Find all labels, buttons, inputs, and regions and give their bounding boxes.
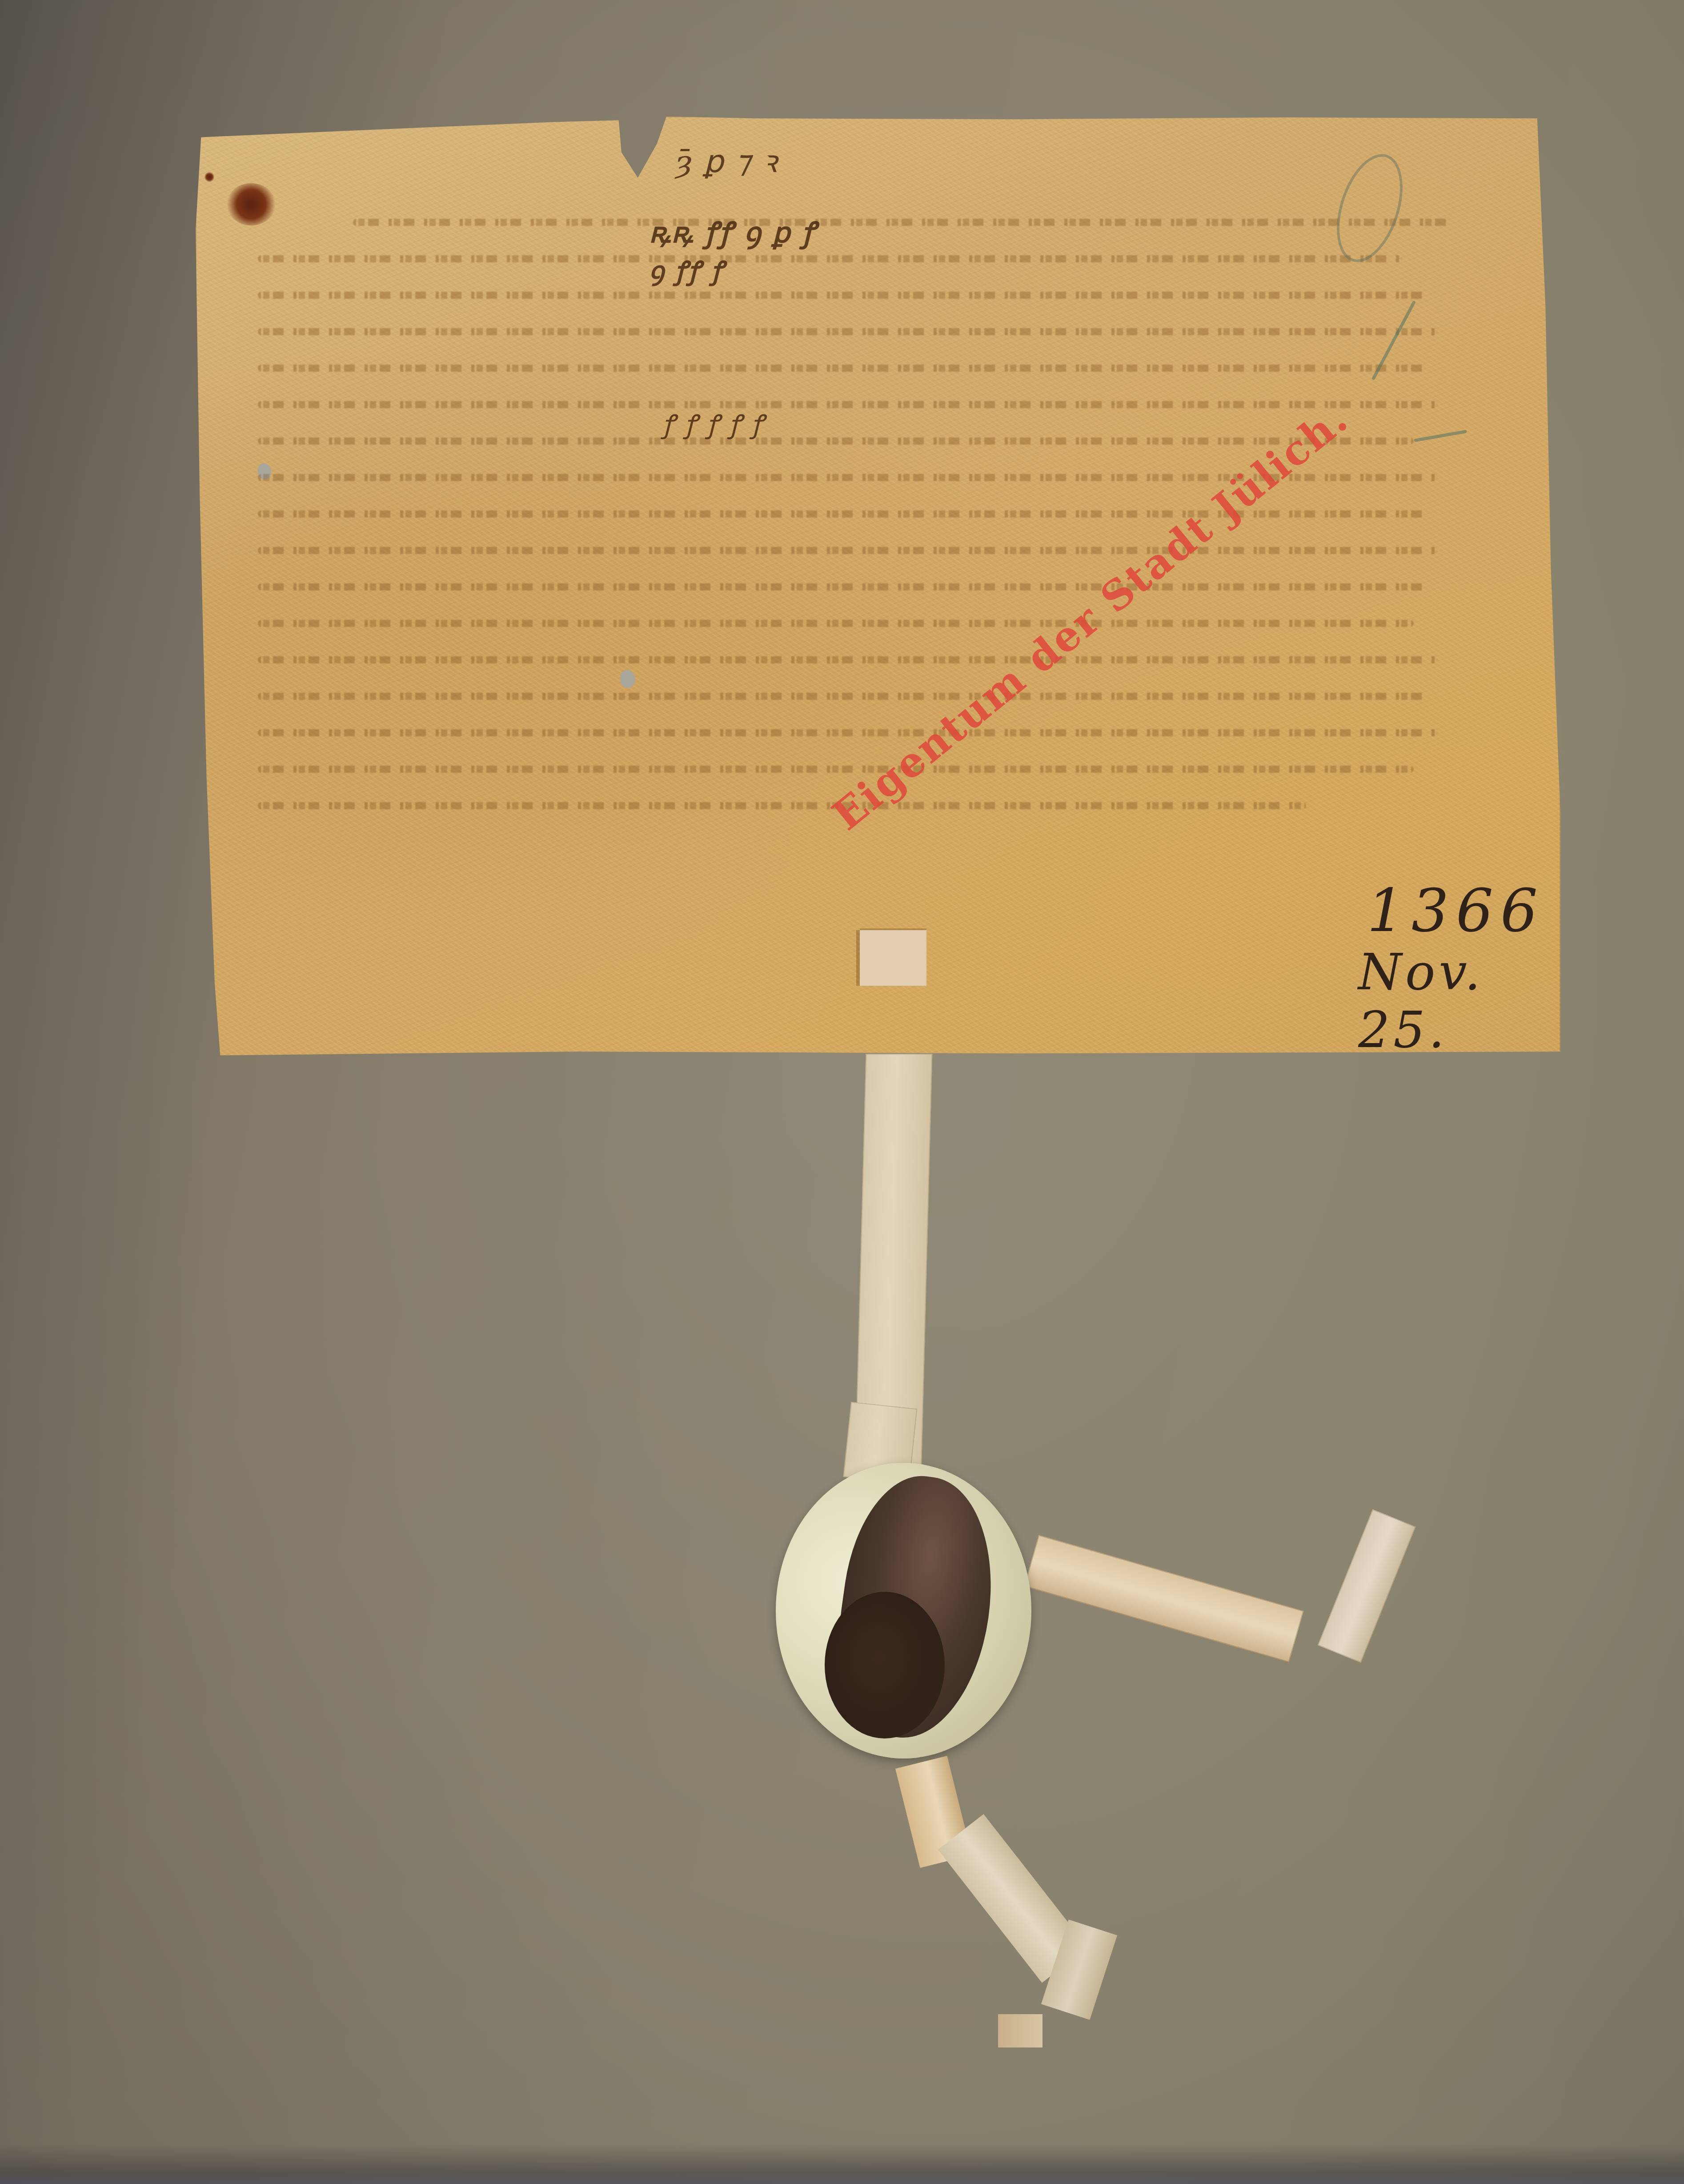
script-line <box>258 328 1437 335</box>
script-line <box>258 401 1437 408</box>
script-line <box>258 620 1414 627</box>
wax-seal <box>776 1463 1031 1758</box>
header-note-line1: ꝶꝶ ꝭꝭ ꝯ ꝑ ꝭ <box>649 212 816 251</box>
script-line <box>258 583 1425 590</box>
rust-speck <box>204 172 214 182</box>
header-note-line2: ꝯ ꝭꝭ ꝭ <box>649 252 724 287</box>
seal-wax-lobe <box>825 1592 945 1738</box>
script-line <box>258 255 1402 262</box>
date-year-annotation: 1366 <box>1367 877 1545 945</box>
seal-ribbon-right <box>1024 1535 1303 1662</box>
parchment-charter: ȝ̄ ꝑ ⁊ ꝛ ꝶꝶ ꝭꝭ ꝯ ꝑ ꝭ ꝯ ꝭꝭ ꝭ ꝭ ꝭ ꝭ ꝭ ꝭ 13… <box>196 116 1560 1059</box>
script-line <box>353 219 1449 226</box>
bottom-shadow <box>0 2144 1684 2184</box>
script-line <box>258 729 1437 736</box>
script-line <box>258 656 1437 663</box>
seal-ribbon-bottom-tip <box>998 2014 1042 2047</box>
script-line <box>258 802 1306 809</box>
mid-note: ꝭ ꝭ ꝭ ꝭ ꝭ <box>662 405 764 441</box>
script-line <box>258 693 1425 700</box>
script-line <box>258 438 1414 445</box>
script-line <box>258 547 1437 554</box>
script-line <box>258 292 1425 299</box>
script-line <box>258 766 1414 773</box>
script-line <box>258 365 1425 372</box>
date-day-annotation: Nov. 25. <box>1358 943 1560 1059</box>
seal-tag-slot <box>860 930 926 986</box>
seal-ribbon-right-end <box>1318 1509 1416 1662</box>
header-note-top: ȝ̄ ꝑ ⁊ ꝛ <box>676 139 778 181</box>
body-text-bleedthrough <box>258 219 1449 839</box>
